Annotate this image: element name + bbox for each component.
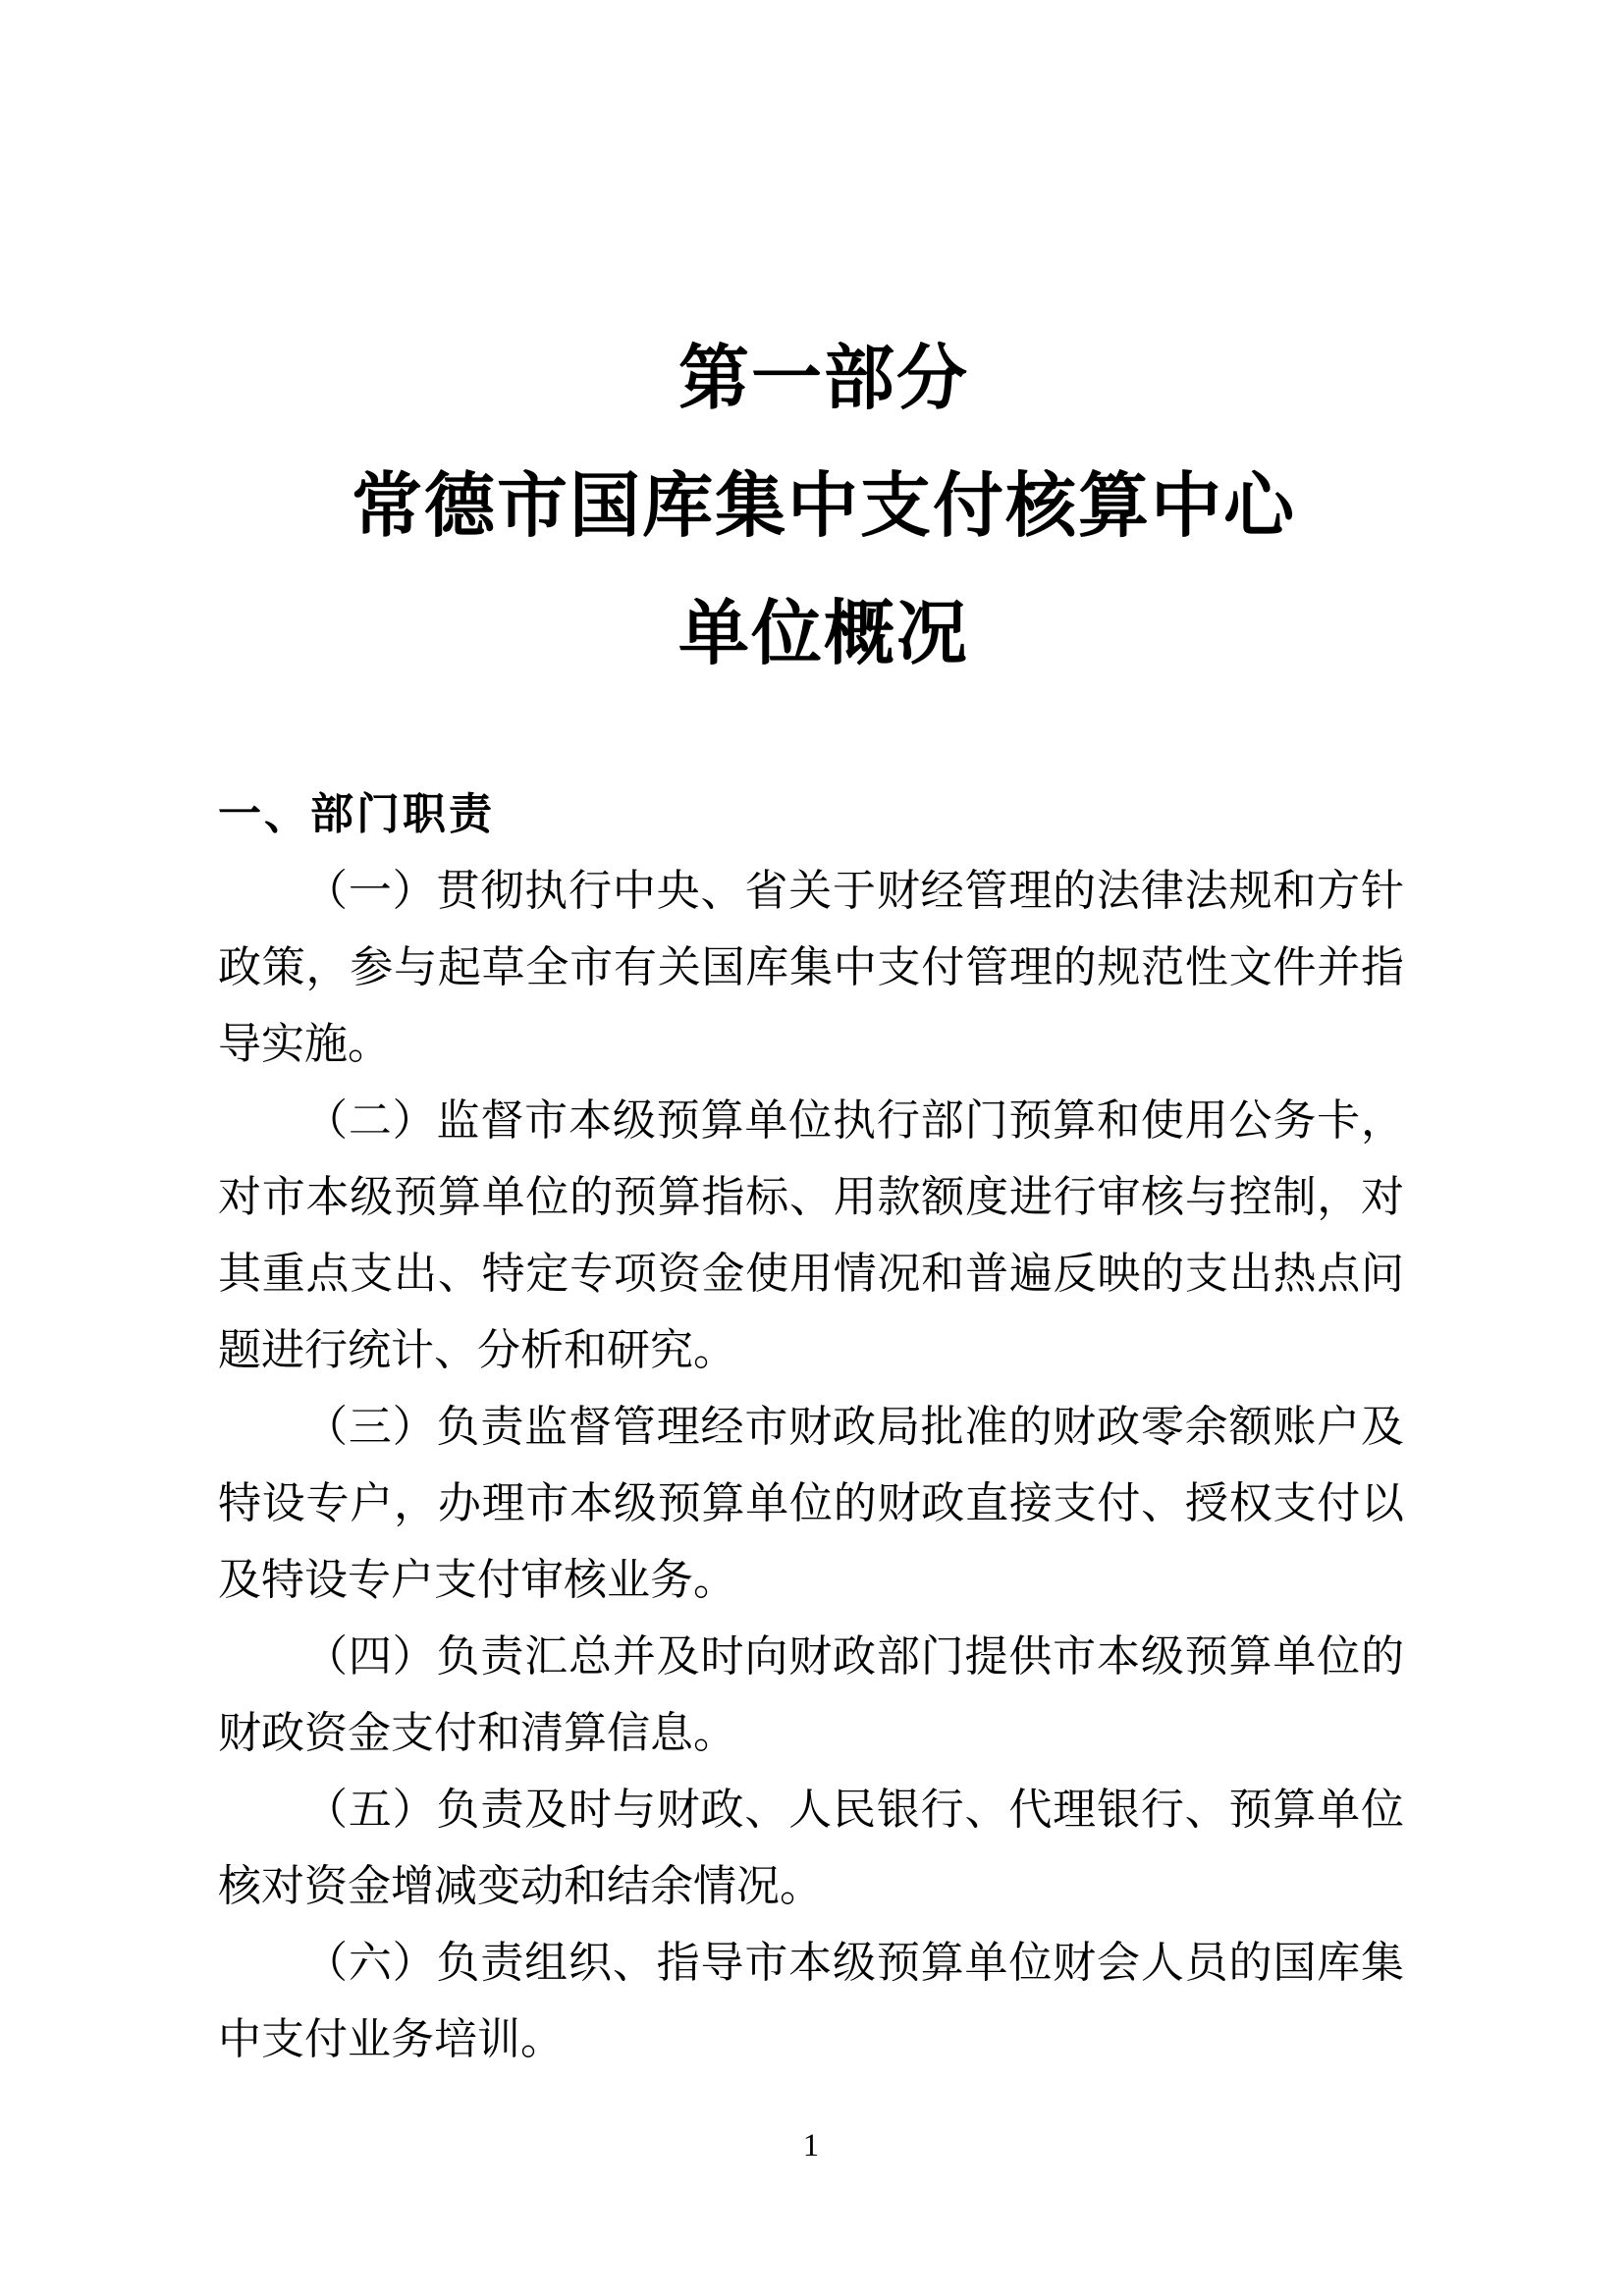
duty-paragraph-1: （一）贯彻执行中央、省关于财经管理的法律法规和方针政策，参与起草全市有关国库集中…	[218, 853, 1404, 1083]
document-title: 第一部分 常德市国库集中支付核算中心 单位概况	[218, 315, 1404, 698]
page-number: 1	[218, 2129, 1404, 2163]
document-title-org-name: 常德市国库集中支付核算中心	[244, 443, 1404, 570]
document-title-subtitle: 单位概况	[244, 570, 1404, 698]
section-heading-department-duties: 一、部门职责	[218, 776, 1404, 853]
document-page: 第一部分 常德市国库集中支付核算中心 单位概况 一、部门职责 （一）贯彻执行中央…	[0, 0, 1624, 2296]
duty-paragraph-6: （六）负责组织、指导市本级预算单位财会人员的国库集中支付业务培训。	[218, 1925, 1404, 2078]
duty-paragraph-3: （三）负责监督管理经市财政局批准的财政零余额账户及特设专户，办理市本级预算单位的…	[218, 1389, 1404, 1619]
duty-paragraph-4: （四）负责汇总并及时向财政部门提供市本级预算单位的财政资金支付和清算信息。	[218, 1619, 1404, 1772]
duty-paragraph-2: （二）监督市本级预算单位执行部门预算和使用公务卡，对市本级预算单位的预算指标、用…	[218, 1083, 1404, 1389]
duty-paragraph-5: （五）负责及时与财政、人民银行、代理银行、预算单位核对资金增减变动和结余情况。	[218, 1772, 1404, 1925]
document-body: 一、部门职责 （一）贯彻执行中央、省关于财经管理的法律法规和方针政策，参与起草全…	[218, 776, 1404, 2078]
document-title-part-label: 第一部分	[244, 315, 1404, 443]
